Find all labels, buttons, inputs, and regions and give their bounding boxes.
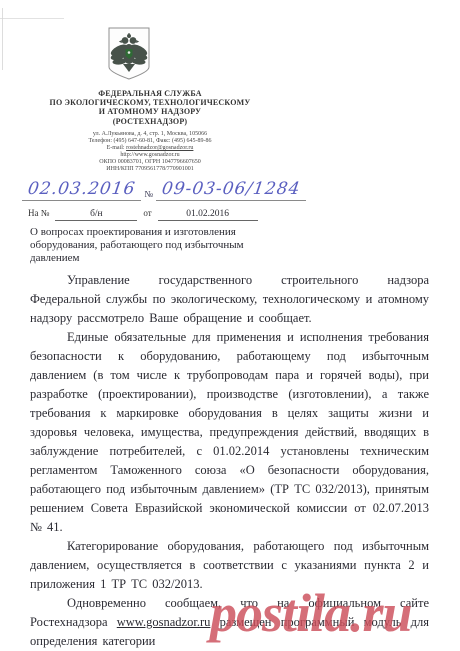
letter-subject: О вопросах проектирования и изготовления… [30, 226, 288, 265]
letter-body: Управление государственного строительног… [30, 271, 429, 651]
handwritten-outgoing-date: 02.03.2016 [27, 179, 137, 199]
okpo-ogrn-line: ОКПО 00083701, ОГРН 1047796607650 [0, 159, 300, 166]
body-paragraph: Управление государственного строительног… [30, 271, 429, 328]
reply-from-label: от [143, 208, 151, 218]
reply-date-value: 01.02.2016 [186, 209, 229, 219]
org-address-block: ул. А.Лукьянова, д. 4, стр. 1, Москва, 1… [0, 131, 300, 173]
reply-number-field: б/н [55, 209, 137, 221]
gosnadzor-site-link: www.gosnadzor.ru [117, 615, 211, 629]
website-line: http://www.gosnadzor.ru [0, 152, 300, 159]
body-paragraph: Единые обязательные для применения и исп… [30, 328, 429, 537]
reply-date-field: 01.02.2016 [158, 209, 258, 221]
handwritten-outgoing-number: 09-03-06/1284 [161, 179, 302, 199]
letterhead: ФЕДЕРАЛЬНАЯ СЛУЖБА ПО ЭКОЛОГИЧЕСКОМУ, ТЕ… [0, 89, 300, 173]
coat-of-arms-icon [108, 27, 150, 80]
number-sign: № [144, 189, 153, 199]
outgoing-date-field: 02.03.2016 [22, 179, 141, 201]
inn-kpp-line: ИНН/КПП 7709561778/770901001 [0, 166, 300, 173]
outgoing-number-field: 09-03-06/1284 [156, 179, 306, 201]
email-line: E-mail: rostehnadzor@gosnadzor.ru [0, 145, 300, 152]
body-paragraph: Одновременно сообщаем, что на официально… [30, 594, 429, 651]
phone-fax-line: Телефон: (495) 647-60-81, Факс: (495) 64… [0, 138, 300, 145]
email-address: rostehnadzor@gosnadzor.ru [126, 145, 193, 151]
reply-label: На № [28, 208, 49, 218]
scan-edge-artifact [0, 18, 64, 19]
address-line: ул. А.Лукьянова, д. 4, стр. 1, Москва, 1… [0, 131, 300, 138]
reply-number-value: б/н [90, 209, 103, 219]
org-short-name: (РОСТЕХНАДЗОР) [0, 117, 300, 126]
outgoing-reference-line: 02.03.2016№09-03-06/1284 [22, 179, 306, 201]
reply-reference-line: На №б/нот01.02.2016 [28, 208, 264, 221]
org-name-line: И АТОМНОМУ НАДЗОРУ [0, 107, 300, 116]
body-paragraph: Категорирование оборудования, работающег… [30, 537, 429, 594]
org-name-line: ПО ЭКОЛОГИЧЕСКОМУ, ТЕХНОЛОГИЧЕСКОМУ [0, 98, 300, 107]
org-name-line: ФЕДЕРАЛЬНАЯ СЛУЖБА [0, 89, 300, 98]
document-page: ФЕДЕРАЛЬНАЯ СЛУЖБА ПО ЭКОЛОГИЧЕСКОМУ, ТЕ… [0, 0, 460, 651]
email-label: E-mail: [107, 145, 125, 151]
